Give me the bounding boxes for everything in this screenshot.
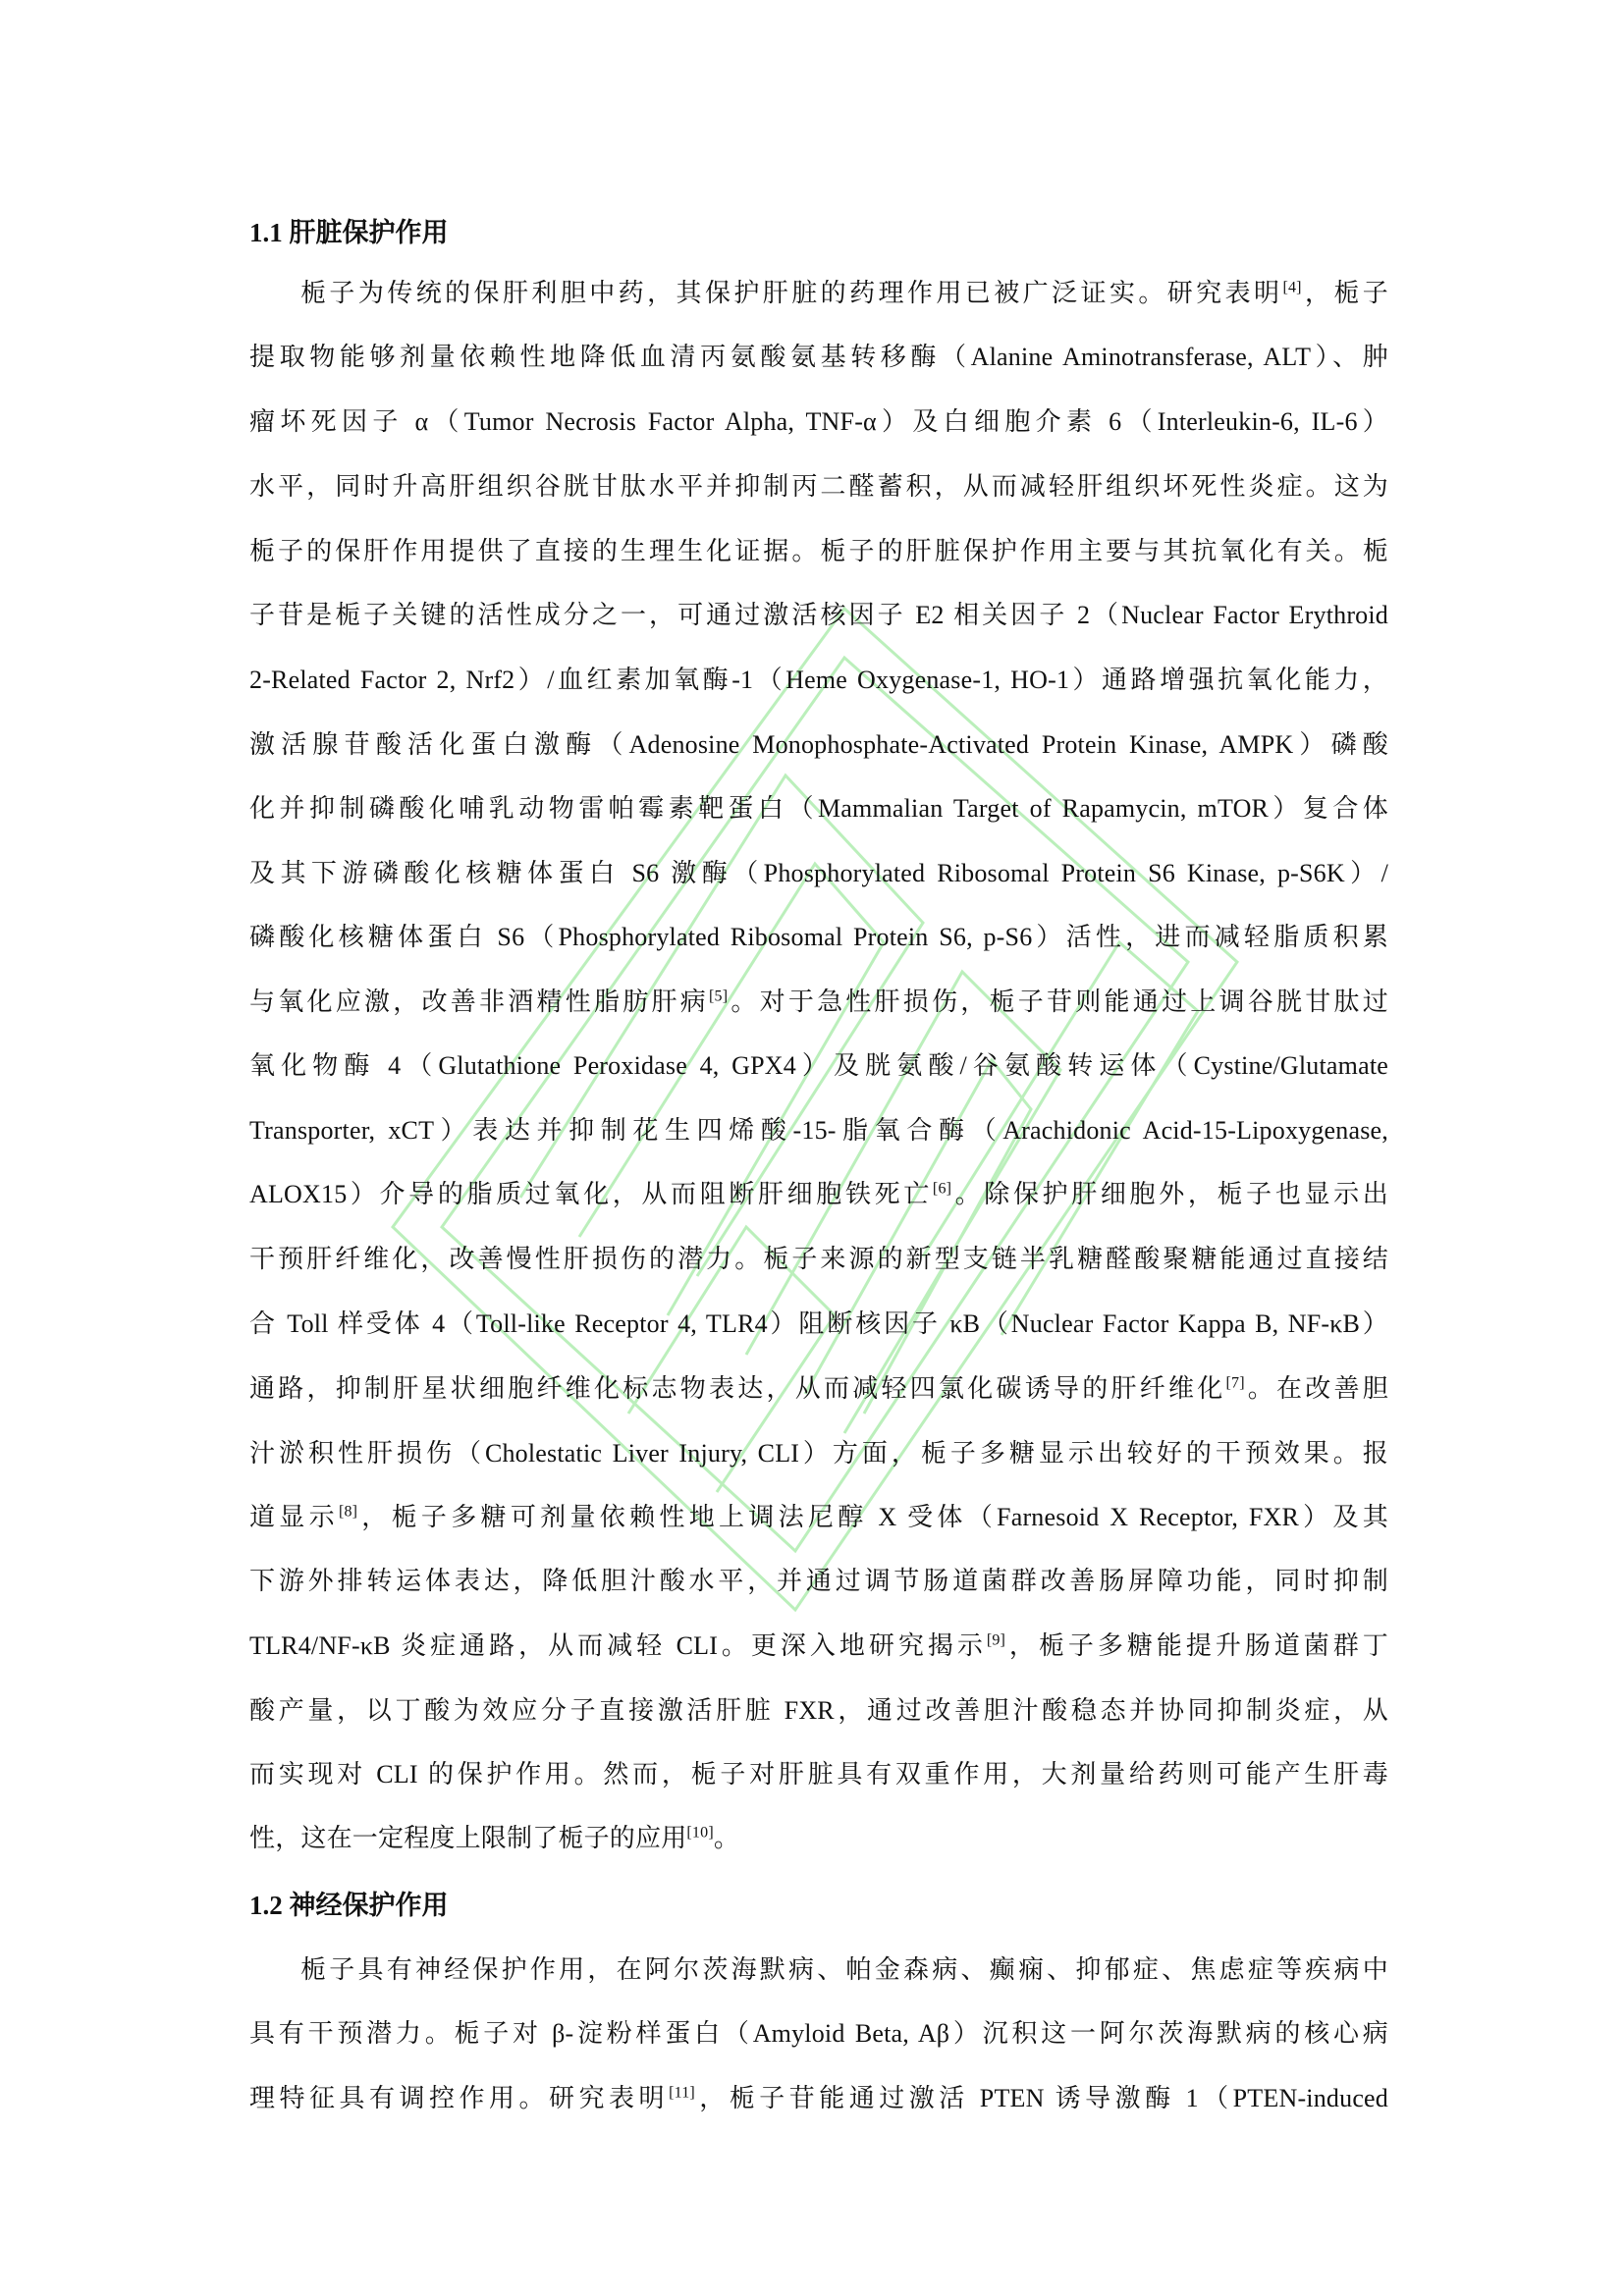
paragraph-line: 汁淤积性肝损伤（Cholestatic Liver Injury, CLI）方面… <box>249 1437 1388 1470</box>
section-heading: 1.1 肝脏保护作用 <box>249 216 449 249</box>
text-run: 而实现对 CLI 的保护作用。然而，栀子对肝脏具有双重作用，大剂量给药则可能产生… <box>249 1760 1388 1789</box>
paragraph-line: 激活腺苷酸活化蛋白激酶（Adenosine Monophosphate-Acti… <box>249 728 1388 762</box>
paragraph-line: Transporter, xCT）表达并抑制花生四烯酸-15-脂氧合酶（Arac… <box>249 1114 1388 1148</box>
paragraph-line: 干预肝纤维化，改善慢性肝损伤的潜力。栀子来源的新型支链半乳糖醛酸聚糖能通过直接结 <box>249 1243 1388 1276</box>
paragraph-line: 瘤坏死因子 α（Tumor Necrosis Factor Alpha, TNF… <box>249 405 1388 439</box>
paragraph-line: 栀子具有神经保护作用，在阿尔茨海默病、帕金森病、癫痫、抑郁症、焦虑症等疾病中 <box>300 1953 1388 1987</box>
paragraph-line: 水平，同时升高肝组织谷胱甘肽水平并抑制丙二醛蓄积，从而减轻肝组织坏死性炎症。这为 <box>249 470 1388 504</box>
text-run: 瘤坏死因子 α（Tumor Necrosis Factor Alpha, TNF… <box>249 407 1388 436</box>
text-run: TLR4/NF-κB 炎症通路，从而减轻 CLI。更深入地研究揭示 <box>249 1631 987 1660</box>
text-run: 干预肝纤维化，改善慢性肝损伤的潜力。栀子来源的新型支链半乳糖醛酸聚糖能通过直接结 <box>249 1245 1388 1273</box>
paragraph-line: 及其下游磷酸化核糖体蛋白 S6 激酶（Phosphorylated Riboso… <box>249 857 1388 890</box>
text-run: ，栀子 <box>1302 279 1388 307</box>
text-run: 下游外排转运体表达，降低胆汁酸水平，并通过调节肠道菌群改善肠屏障功能，同时抑制 <box>249 1567 1388 1595</box>
paragraph-line: 磷酸化核糖体蛋白 S6（Phosphorylated Ribosomal Pro… <box>249 921 1388 954</box>
paragraph-line: 栀子的保肝作用提供了直接的生理生化证据。栀子的肝脏保护作用主要与其抗氧化有关。栀 <box>249 535 1388 568</box>
text-run: 汁淤积性肝损伤（Cholestatic Liver Injury, CLI）方面… <box>249 1439 1388 1468</box>
text-run: 性，这在一定程度上限制了栀子的应用 <box>249 1824 686 1852</box>
citation-ref[interactable]: [11] <box>669 2084 695 2101</box>
text-run: 与氧化应激，改善非酒精性脂肪肝病 <box>249 988 709 1016</box>
text-run: ，栀子苷能通过激活 PTEN 诱导激酶 1（PTEN-induced <box>695 2084 1388 2112</box>
paragraph-line: 栀子为传统的保肝利胆中药，其保护肝脏的药理作用已被广泛证实。研究表明[4]，栀子 <box>300 277 1388 310</box>
text-run: 水平，同时升高肝组织谷胱甘肽水平并抑制丙二醛蓄积，从而减轻肝组织坏死性炎症。这为 <box>249 472 1388 501</box>
text-run: 。在改善胆 <box>1245 1374 1388 1403</box>
paragraph-line: 酸产量，以丁酸为效应分子直接激活肝脏 FXR，通过改善胆汁酸稳态并协同抑制炎症，… <box>249 1694 1388 1728</box>
paragraph-line: 化并抑制磷酸化哺乳动物雷帕霉素靶蛋白（Mammalian Target of R… <box>249 792 1388 826</box>
text-run: 及其下游磷酸化核糖体蛋白 S6 激酶（Phosphorylated Riboso… <box>249 859 1388 887</box>
text-run: 子苷是栀子关键的活性成分之一，可通过激活核因子 E2 相关因子 2（Nuclea… <box>249 601 1388 629</box>
citation-ref[interactable]: [5] <box>709 988 728 1004</box>
text-run: 栀子的保肝作用提供了直接的生理生化证据。栀子的肝脏保护作用主要与其抗氧化有关。栀 <box>249 537 1388 565</box>
paragraph-line: 与氧化应激，改善非酒精性脂肪肝病[5]。对于急性肝损伤，栀子苷则能通过上调谷胱甘… <box>249 986 1388 1019</box>
text-run: 具有干预潜力。栀子对 β-淀粉样蛋白（Amyloid Beta, Aβ）沉积这一… <box>249 2019 1388 2048</box>
text-run: 。 <box>714 1824 739 1852</box>
text-run: 理特征具有调控作用。研究表明 <box>249 2084 669 2112</box>
paragraph-line: ALOX15）介导的脂质过氧化，从而阻断肝细胞铁死亡[6]。除保护肝细胞外，栀子… <box>249 1178 1388 1211</box>
citation-ref[interactable]: [10] <box>686 1824 713 1841</box>
text-run: 提取物能够剂量依赖性地降低血清丙氨酸氨基转移酶（Alanine Aminotra… <box>249 343 1388 371</box>
citation-ref[interactable]: [4] <box>1282 279 1301 295</box>
text-run: ，栀子多糖可剂量依赖性地上调法尼醇 X 受体（Farnesoid X Recep… <box>357 1503 1388 1531</box>
text-run: 2-Related Factor 2, Nrf2）/血红素加氧酶-1（Heme … <box>249 666 1388 694</box>
text-run: 。对于急性肝损伤，栀子苷则能通过上调谷胱甘肽过 <box>728 988 1388 1016</box>
paragraph-line: 通路，抑制肝星状细胞纤维化标志物表达，从而减轻四氯化碳诱导的肝纤维化[7]。在改… <box>249 1372 1388 1406</box>
paragraph-line: 子苷是栀子关键的活性成分之一，可通过激活核因子 E2 相关因子 2（Nuclea… <box>249 599 1388 632</box>
text-run: 栀子具有神经保护作用，在阿尔茨海默病、帕金森病、癫痫、抑郁症、焦虑症等疾病中 <box>300 1955 1388 1984</box>
paragraph-line: 而实现对 CLI 的保护作用。然而，栀子对肝脏具有双重作用，大剂量给药则可能产生… <box>249 1758 1388 1791</box>
paragraph-line: 提取物能够剂量依赖性地降低血清丙氨酸氨基转移酶（Alanine Aminotra… <box>249 341 1388 374</box>
paragraph-line: 道显示[8]，栀子多糖可剂量依赖性地上调法尼醇 X 受体（Farnesoid X… <box>249 1501 1388 1534</box>
section-heading: 1.2 神经保护作用 <box>249 1889 449 1922</box>
citation-ref[interactable]: [8] <box>339 1503 357 1520</box>
paragraph-line: 理特征具有调控作用。研究表明[11]，栀子苷能通过激活 PTEN 诱导激酶 1（… <box>249 2082 1388 2115</box>
text-run: 化并抑制磷酸化哺乳动物雷帕霉素靶蛋白（Mammalian Target of R… <box>249 794 1388 823</box>
paragraph-line: TLR4/NF-κB 炎症通路，从而减轻 CLI。更深入地研究揭示[9]，栀子多… <box>249 1629 1388 1663</box>
paragraph-line: 具有干预潜力。栀子对 β-淀粉样蛋白（Amyloid Beta, Aβ）沉积这一… <box>249 2017 1388 2051</box>
citation-ref[interactable]: [6] <box>933 1180 951 1197</box>
citation-ref[interactable]: [9] <box>987 1631 1005 1648</box>
text-run: Transporter, xCT）表达并抑制花生四烯酸-15-脂氧合酶（Arac… <box>249 1116 1388 1145</box>
text-run: 磷酸化核糖体蛋白 S6（Phosphorylated Ribosomal Pro… <box>249 923 1388 951</box>
paragraph-line: 2-Related Factor 2, Nrf2）/血红素加氧酶-1（Heme … <box>249 664 1388 697</box>
text-run: 栀子为传统的保肝利胆中药，其保护肝脏的药理作用已被广泛证实。研究表明 <box>300 279 1282 307</box>
paragraph-line: 合 Toll 样受体 4（Toll-like Receptor 4, TLR4）… <box>249 1308 1388 1341</box>
text-run: 激活腺苷酸活化蛋白激酶（Adenosine Monophosphate-Acti… <box>249 730 1388 759</box>
text-run: 。除保护肝细胞外，栀子也显示出 <box>951 1180 1388 1208</box>
paragraph-line: 氧化物酶 4（Glutathione Peroxidase 4, GPX4）及胱… <box>249 1049 1388 1083</box>
text-run: 氧化物酶 4（Glutathione Peroxidase 4, GPX4）及胱… <box>249 1051 1388 1080</box>
citation-ref[interactable]: [7] <box>1225 1374 1244 1391</box>
text-run: 酸产量，以丁酸为效应分子直接激活肝脏 FXR，通过改善胆汁酸稳态并协同抑制炎症，… <box>249 1696 1388 1725</box>
text-run: 合 Toll 样受体 4（Toll-like Receptor 4, TLR4）… <box>249 1309 1388 1338</box>
text-run: 通路，抑制肝星状细胞纤维化标志物表达，从而减轻四氯化碳诱导的肝纤维化 <box>249 1374 1225 1403</box>
paragraph-line: 性，这在一定程度上限制了栀子的应用[10]。 <box>249 1822 1388 1855</box>
text-run: ，栀子多糖能提升肠道菌群丁 <box>1005 1631 1388 1660</box>
text-run: 道显示 <box>249 1503 339 1531</box>
text-run: ALOX15）介导的脂质过氧化，从而阻断肝细胞铁死亡 <box>249 1180 933 1208</box>
document-page: 1.1 肝脏保护作用栀子为传统的保肝利胆中药，其保护肝脏的药理作用已被广泛证实。… <box>0 0 1624 2296</box>
paragraph-line: 下游外排转运体表达，降低胆汁酸水平，并通过调节肠道菌群改善肠屏障功能，同时抑制 <box>249 1565 1388 1598</box>
